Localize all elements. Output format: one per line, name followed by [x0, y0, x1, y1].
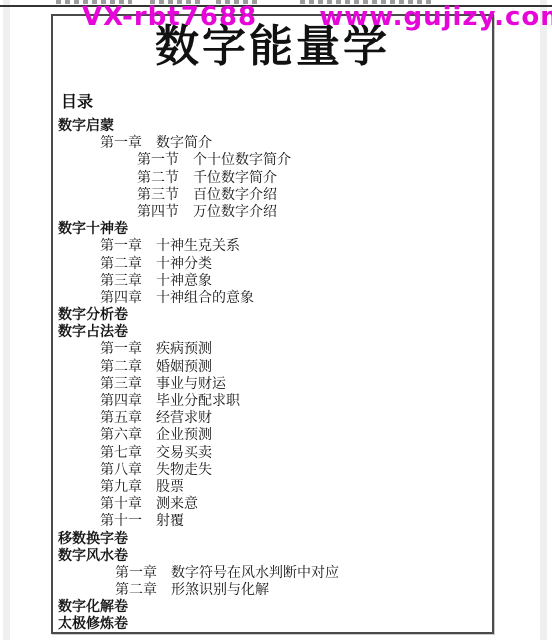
toc-row: 数字十神卷	[53, 220, 492, 237]
toc-entry-title: 万位数字介绍	[193, 203, 277, 220]
toc-heading: 目录	[61, 89, 492, 112]
toc-entry-title: 射覆	[156, 512, 184, 529]
toc-entry-label: 数字启蒙	[58, 117, 114, 134]
toc-entry-label: 第一节	[137, 151, 179, 168]
toc-row: 数字化解卷	[53, 598, 492, 615]
toc-row: 第一章疾病预测	[53, 340, 492, 357]
toc-row: 第九章股票	[53, 478, 492, 495]
toc-entry-label: 第八章	[100, 461, 142, 478]
toc-entry-title: 事业与财运	[156, 375, 226, 392]
toc-row: 第十章测来意	[53, 495, 492, 512]
toc-entry-label: 数字风水卷	[58, 547, 128, 564]
toc-row: 第一章十神生克关系	[53, 237, 492, 254]
toc-entry-label: 第二章	[100, 255, 142, 272]
toc-entry-label: 第六章	[100, 426, 142, 443]
toc-entry-title: 毕业分配求职	[156, 392, 240, 409]
toc-entry-label: 第二章	[100, 358, 142, 375]
toc-entry-label: 太极修炼卷	[58, 615, 128, 632]
toc-entry-title: 十神意象	[156, 272, 212, 289]
toc-row: 第十一射覆	[53, 512, 492, 529]
toc-row: 第四节万位数字介绍	[53, 203, 492, 220]
toc-entry-label: 第二章	[115, 581, 157, 598]
toc-row: 第五章经营求财	[53, 409, 492, 426]
toc-entry-label: 第四章	[100, 289, 142, 306]
scan-edge-right	[540, 0, 547, 640]
toc-entry-title: 疾病预测	[156, 340, 212, 357]
scanned-document-view: VX-rbt7688 www.gujizy.com 数字能量学 目录 数字启蒙第…	[0, 0, 552, 640]
toc-row: 第三章十神意象	[53, 272, 492, 289]
toc-entry-label: 第二节	[137, 169, 179, 186]
toc-row: 第二章婚姻预测	[53, 358, 492, 375]
toc-entry-label: 第三节	[137, 186, 179, 203]
toc-row: 第二章形煞识别与化解	[53, 581, 492, 598]
toc-entry-label: 第一章	[115, 564, 157, 581]
toc-row: 数字分析卷	[53, 306, 492, 323]
toc-entry-label: 第十一	[100, 512, 142, 529]
toc-entry-label: 第一章	[100, 134, 142, 151]
toc-entry-label: 第十章	[100, 495, 142, 512]
toc-entry-label: 第三章	[100, 375, 142, 392]
toc-entry-label: 数字占法卷	[58, 323, 128, 340]
toc-row: 移数换字卷	[53, 530, 492, 547]
toc-entry-label: 移数换字卷	[58, 530, 128, 547]
toc-row: 数字风水卷	[53, 547, 492, 564]
toc-row: 数字占法卷	[53, 323, 492, 340]
toc-entry-title: 个十位数字简介	[193, 151, 291, 168]
toc-entry-title: 数字简介	[156, 134, 212, 151]
toc-row: 第八章失物走失	[53, 461, 492, 478]
watermark-wechat-id: VX-rbt7688	[82, 2, 257, 32]
toc-row: 第二节千位数字简介	[53, 169, 492, 186]
watermark: VX-rbt7688 www.gujizy.com	[82, 2, 552, 32]
toc-entry-label: 数字十神卷	[58, 220, 128, 237]
toc-entry-title: 十神生克关系	[156, 237, 240, 254]
toc-list: 数字启蒙第一章数字简介第一节个十位数字简介第二节千位数字简介第三节百位数字介绍第…	[53, 117, 492, 633]
toc-entry-label: 第一章	[100, 237, 142, 254]
toc-entry-label: 数字化解卷	[58, 598, 128, 615]
toc-row: 第一章数字简介	[53, 134, 492, 151]
toc-entry-label: 第五章	[100, 409, 142, 426]
toc-entry-label: 第一章	[100, 340, 142, 357]
toc-entry-title: 十神组合的意象	[156, 289, 254, 306]
toc-row: 第一节个十位数字简介	[53, 151, 492, 168]
toc-row: 太极修炼卷	[53, 615, 492, 632]
toc-entry-title: 失物走失	[156, 461, 212, 478]
toc-row: 第二章十神分类	[53, 255, 492, 272]
toc-row: 第四章毕业分配求职	[53, 392, 492, 409]
toc-entry-label: 第四章	[100, 392, 142, 409]
toc-entry-title: 婚姻预测	[156, 358, 212, 375]
toc-entry-title: 经营求财	[156, 409, 212, 426]
toc-row: 第三章事业与财运	[53, 375, 492, 392]
toc-entry-title: 测来意	[156, 495, 198, 512]
toc-row: 第七章交易买卖	[53, 444, 492, 461]
toc-entry-title: 交易买卖	[156, 444, 212, 461]
toc-entry-label: 第七章	[100, 444, 142, 461]
toc-entry-label: 第四节	[137, 203, 179, 220]
toc-entry-title: 数字符号在风水判断中对应	[171, 564, 339, 581]
toc-entry-title: 十神分类	[156, 255, 212, 272]
toc-entry-title: 百位数字介绍	[193, 186, 277, 203]
toc-entry-label: 第九章	[100, 478, 142, 495]
toc-entry-label: 数字分析卷	[58, 306, 128, 323]
watermark-site-url: www.gujizy.com	[319, 2, 552, 32]
toc-entry-title: 股票	[156, 478, 184, 495]
toc-entry-title: 千位数字简介	[193, 169, 277, 186]
scan-edge-left	[3, 0, 10, 640]
toc-row: 第六章企业预测	[53, 426, 492, 443]
toc-entry-title: 企业预测	[156, 426, 212, 443]
toc-row: 第一章数字符号在风水判断中对应	[53, 564, 492, 581]
toc-entry-label: 第三章	[100, 272, 142, 289]
toc-entry-title: 形煞识别与化解	[171, 581, 269, 598]
toc-row: 第三节百位数字介绍	[53, 186, 492, 203]
toc-row: 第四章十神组合的意象	[53, 289, 492, 306]
toc-row: 数字启蒙	[53, 117, 492, 134]
document-page: 数字能量学 目录 数字启蒙第一章数字简介第一节个十位数字简介第二节千位数字简介第…	[51, 14, 494, 634]
